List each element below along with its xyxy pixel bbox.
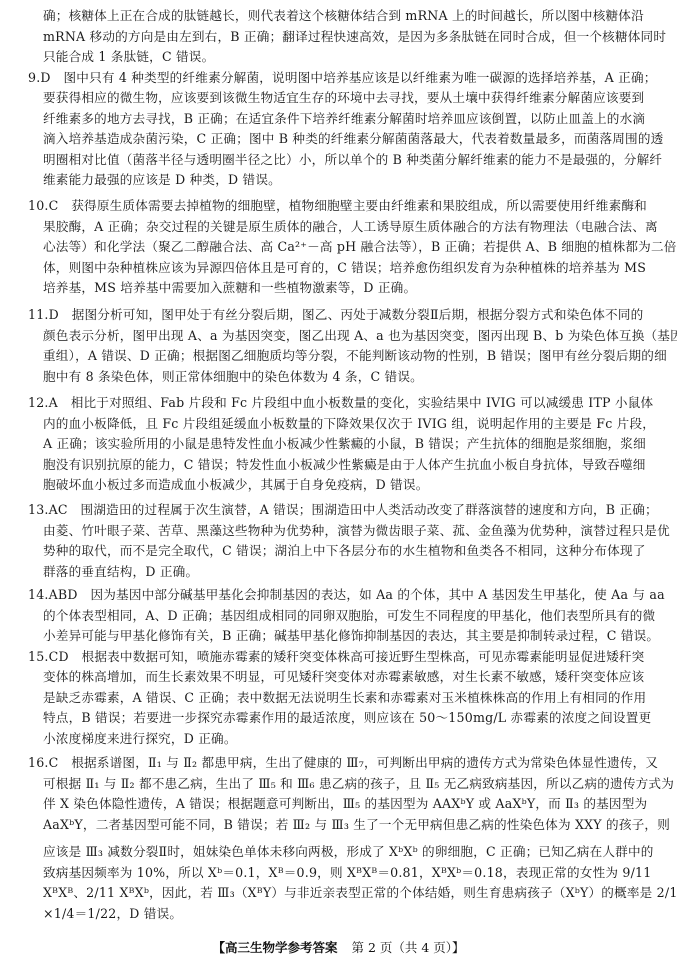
answer-16-line: 16.C 根据系谱图，Ⅱ₁ 与 Ⅱ₂ 都患甲病，生出了健康的 Ⅲ₇，可判断出甲病… bbox=[28, 753, 637, 773]
document-page: 确；核糖体上正在合成的肽链越长，则代表着这个核糖体结合到 mRNA 上的时间越长… bbox=[0, 0, 677, 963]
answer-13-line: 13.AC 围湖造田的过程属于次生演替，A 错误；围湖造田中人类活动改变了群落演… bbox=[28, 500, 637, 520]
answer-16-line: 可根据 Ⅱ₁ 与 Ⅱ₂ 都不患乙病，生出了 Ⅲ₅ 和 Ⅲ₆ 患乙病的孩子，且 Ⅱ… bbox=[43, 774, 637, 794]
answer-15-line: 变体的株高增加，而生长素效果不明显，可见矮秆突变体对赤霉素敏感，对生长素不敏感，… bbox=[43, 667, 637, 687]
answer-12-line: 胞破坏血小板过多而造成血小板减少，其属于自身免疫病，D 错误。 bbox=[43, 475, 637, 495]
answer-16-line: AaXᵇY，二者基因型可能不同，B 错误；若 Ⅲ₂ 与 Ⅲ₃ 生了一个无甲病但患… bbox=[43, 815, 637, 835]
answer-16-line: ×1/4＝1/22，D 错误。 bbox=[43, 904, 637, 924]
answer-14-line: 小差异可能与甲基化修饰有关，B 正确；碱基甲基化修饰抑制基因的表达，其主要是抑制… bbox=[43, 626, 637, 646]
answer-11-line: 11.D 据图分析可知，图甲处于有丝分裂后期，图乙、丙处于减数分裂Ⅱ后期，根据分… bbox=[28, 305, 637, 325]
answer-11-line: 重组），A 错误、D 正确；根据图乙细胞质均等分裂，不能判断该动物的性别，B 错… bbox=[43, 346, 637, 366]
answer-15-line: 15.CD 根据表中数据可知，喷施赤霉素的矮秆突变体株高可接近野生型株高，可见赤… bbox=[28, 647, 637, 667]
answer-13-line: 势种的取代，而不是完全取代，C 错误；湖泊上中下各层分布的水生植物和鱼类各不相同… bbox=[43, 541, 637, 561]
text-line: mRNA 移动的方向是由左到右，B 正确；翻译过程快速高效，是因为多条肽链在同时… bbox=[43, 27, 637, 47]
page-footer: 【高三生物学参考答案第 2 页（共 4 页）】 bbox=[0, 938, 677, 956]
answer-16-line: 致病基因频率为 10%，所以 Xᵇ＝0.1，Xᴮ＝0.9，则 XᴮXᴮ＝0.81… bbox=[43, 863, 637, 883]
answer-12-line: A 正确；该实验所用的小鼠是患特发性血小板减少性紫癜的小鼠，B 错误；产生抗体的… bbox=[43, 434, 637, 454]
answer-10-line: 心法等）和化学法（聚乙二醇融合法、高 Ca²⁺－高 pH 融合法等），B 正确；… bbox=[43, 237, 637, 257]
footer-title: 【高三生物学参考答案 bbox=[212, 940, 337, 955]
answer-12-line: 12.A 相比于对照组、Fab 片段和 Fc 片段组中血小板数量的变化，实验结果… bbox=[28, 393, 637, 413]
answer-9-line: 维素能力最强的应该是 D 种类，D 错误。 bbox=[43, 170, 637, 190]
answer-16-line: XᴮXᴮ、2/11 XᴮXᵇ，因此，若 Ⅲ₃（XᴮY）与非近亲表型正常的个体结婚… bbox=[43, 883, 637, 903]
answer-15-line: 小浓度梯度来进行探究，D 正确。 bbox=[43, 729, 637, 749]
answer-14-line: 14.ABD 因为基因中部分碱基甲基化会抑制基因的表达，如 Aa 的个体，其中 … bbox=[28, 585, 637, 605]
text-line: 只能合成 1 条肽链，C 错误。 bbox=[43, 47, 637, 67]
answer-10-line: 体，则图中杂种植株应该为异源四倍体且是可育的，C 错误；培养愈伤组织发育为杂种植… bbox=[43, 258, 637, 278]
answer-9-line: 9.D 图中只有 4 种类型的纤维素分解菌，说明图中培养基应该是以纤维素为唯一碳… bbox=[28, 68, 637, 88]
answer-14-line: 的个体表型相同，A、D 正确；基因组成相同的同卵双胞胎，可发生不同程度的甲基化，… bbox=[43, 606, 637, 626]
answer-13-line: 由菱、竹叶眼子菜、苦草、黑藻这些物种为优势种，演替为微齿眼子菜、菰、金鱼藻为优势… bbox=[43, 521, 637, 541]
answer-9-line: 要获得相应的微生物，应该要到该微生物适宜生存的环境中去寻找，要从土壤中获得纤维素… bbox=[43, 88, 637, 108]
answer-12-line: 胞没有识别抗原的能力，C 错误；特发性血小板减少性紫癜是由于人体产生抗血小板自身… bbox=[43, 455, 637, 475]
answer-12-line: 内的血小板降低，且 Fc 片段组延缓血小板数量的下降效果仅次于 IVIG 组，说… bbox=[43, 414, 637, 434]
answer-15-line: 特点，B 错误；若要进一步探究赤霉素作用的最适浓度，则应该在 50～150mg/… bbox=[43, 708, 637, 728]
answer-11-line: 胞中有 8 条染色体，则正常体细胞中的染色体数为 4 条，C 错误。 bbox=[43, 367, 637, 387]
answer-10-line: 10.C 获得原生质体需要去掉植物的细胞壁，植物细胞壁主要由纤维素和果胶组成，所… bbox=[28, 196, 637, 216]
answer-16-line: 应该是 Ⅲ₃ 减数分裂Ⅱ时，姐妹染色单体未移向两极，形成了 XᵇXᵇ 的卵细胞，… bbox=[43, 842, 637, 862]
answer-16-line: 伴 X 染色体隐性遗传，A 错误；根据题意可判断出，Ⅲ₅ 的基因型为 AAXᵇY… bbox=[43, 794, 637, 814]
text-line: 确；核糖体上正在合成的肽链越长，则代表着这个核糖体结合到 mRNA 上的时间越长… bbox=[43, 6, 637, 26]
answer-13-line: 群落的垂直结构，D 正确。 bbox=[43, 562, 637, 582]
answer-10-line: 培养基，MS 培养基中需要加入蔗糖和一些植物激素等，D 正确。 bbox=[43, 278, 637, 298]
answer-10-line: 果胶酶，A 正确；杂交过程的关键是原生质体的融合，人工诱导原生质体融合的方法有物… bbox=[43, 217, 637, 237]
answer-11-line: 颜色表示分析，图甲出现 A、a 为基因突变，图乙出现 A、a 也为基因突变，图丙… bbox=[43, 326, 637, 346]
answer-15-line: 是缺乏赤霉素，A 错误、C 正确；表中数据无法说明生长素和赤霉素对玉米植株株高的… bbox=[43, 688, 637, 708]
answer-9-line: 明圈相对比值（菌落半径与透明圈半径之比）小，所以单个的 B 种类菌分解纤维素的能… bbox=[43, 150, 637, 170]
answer-9-line: 滴入培养基造成杂菌污染，C 正确；图中 B 种类的纤维素分解菌菌落最大，代表着数… bbox=[43, 129, 637, 149]
answer-9-line: 纤维素多的地方去寻找，B 正确；在适宜条件下培养纤维素分解菌时培养皿应该倒置，以… bbox=[43, 109, 637, 129]
footer-page-number: 第 2 页（共 4 页）】 bbox=[351, 940, 464, 955]
